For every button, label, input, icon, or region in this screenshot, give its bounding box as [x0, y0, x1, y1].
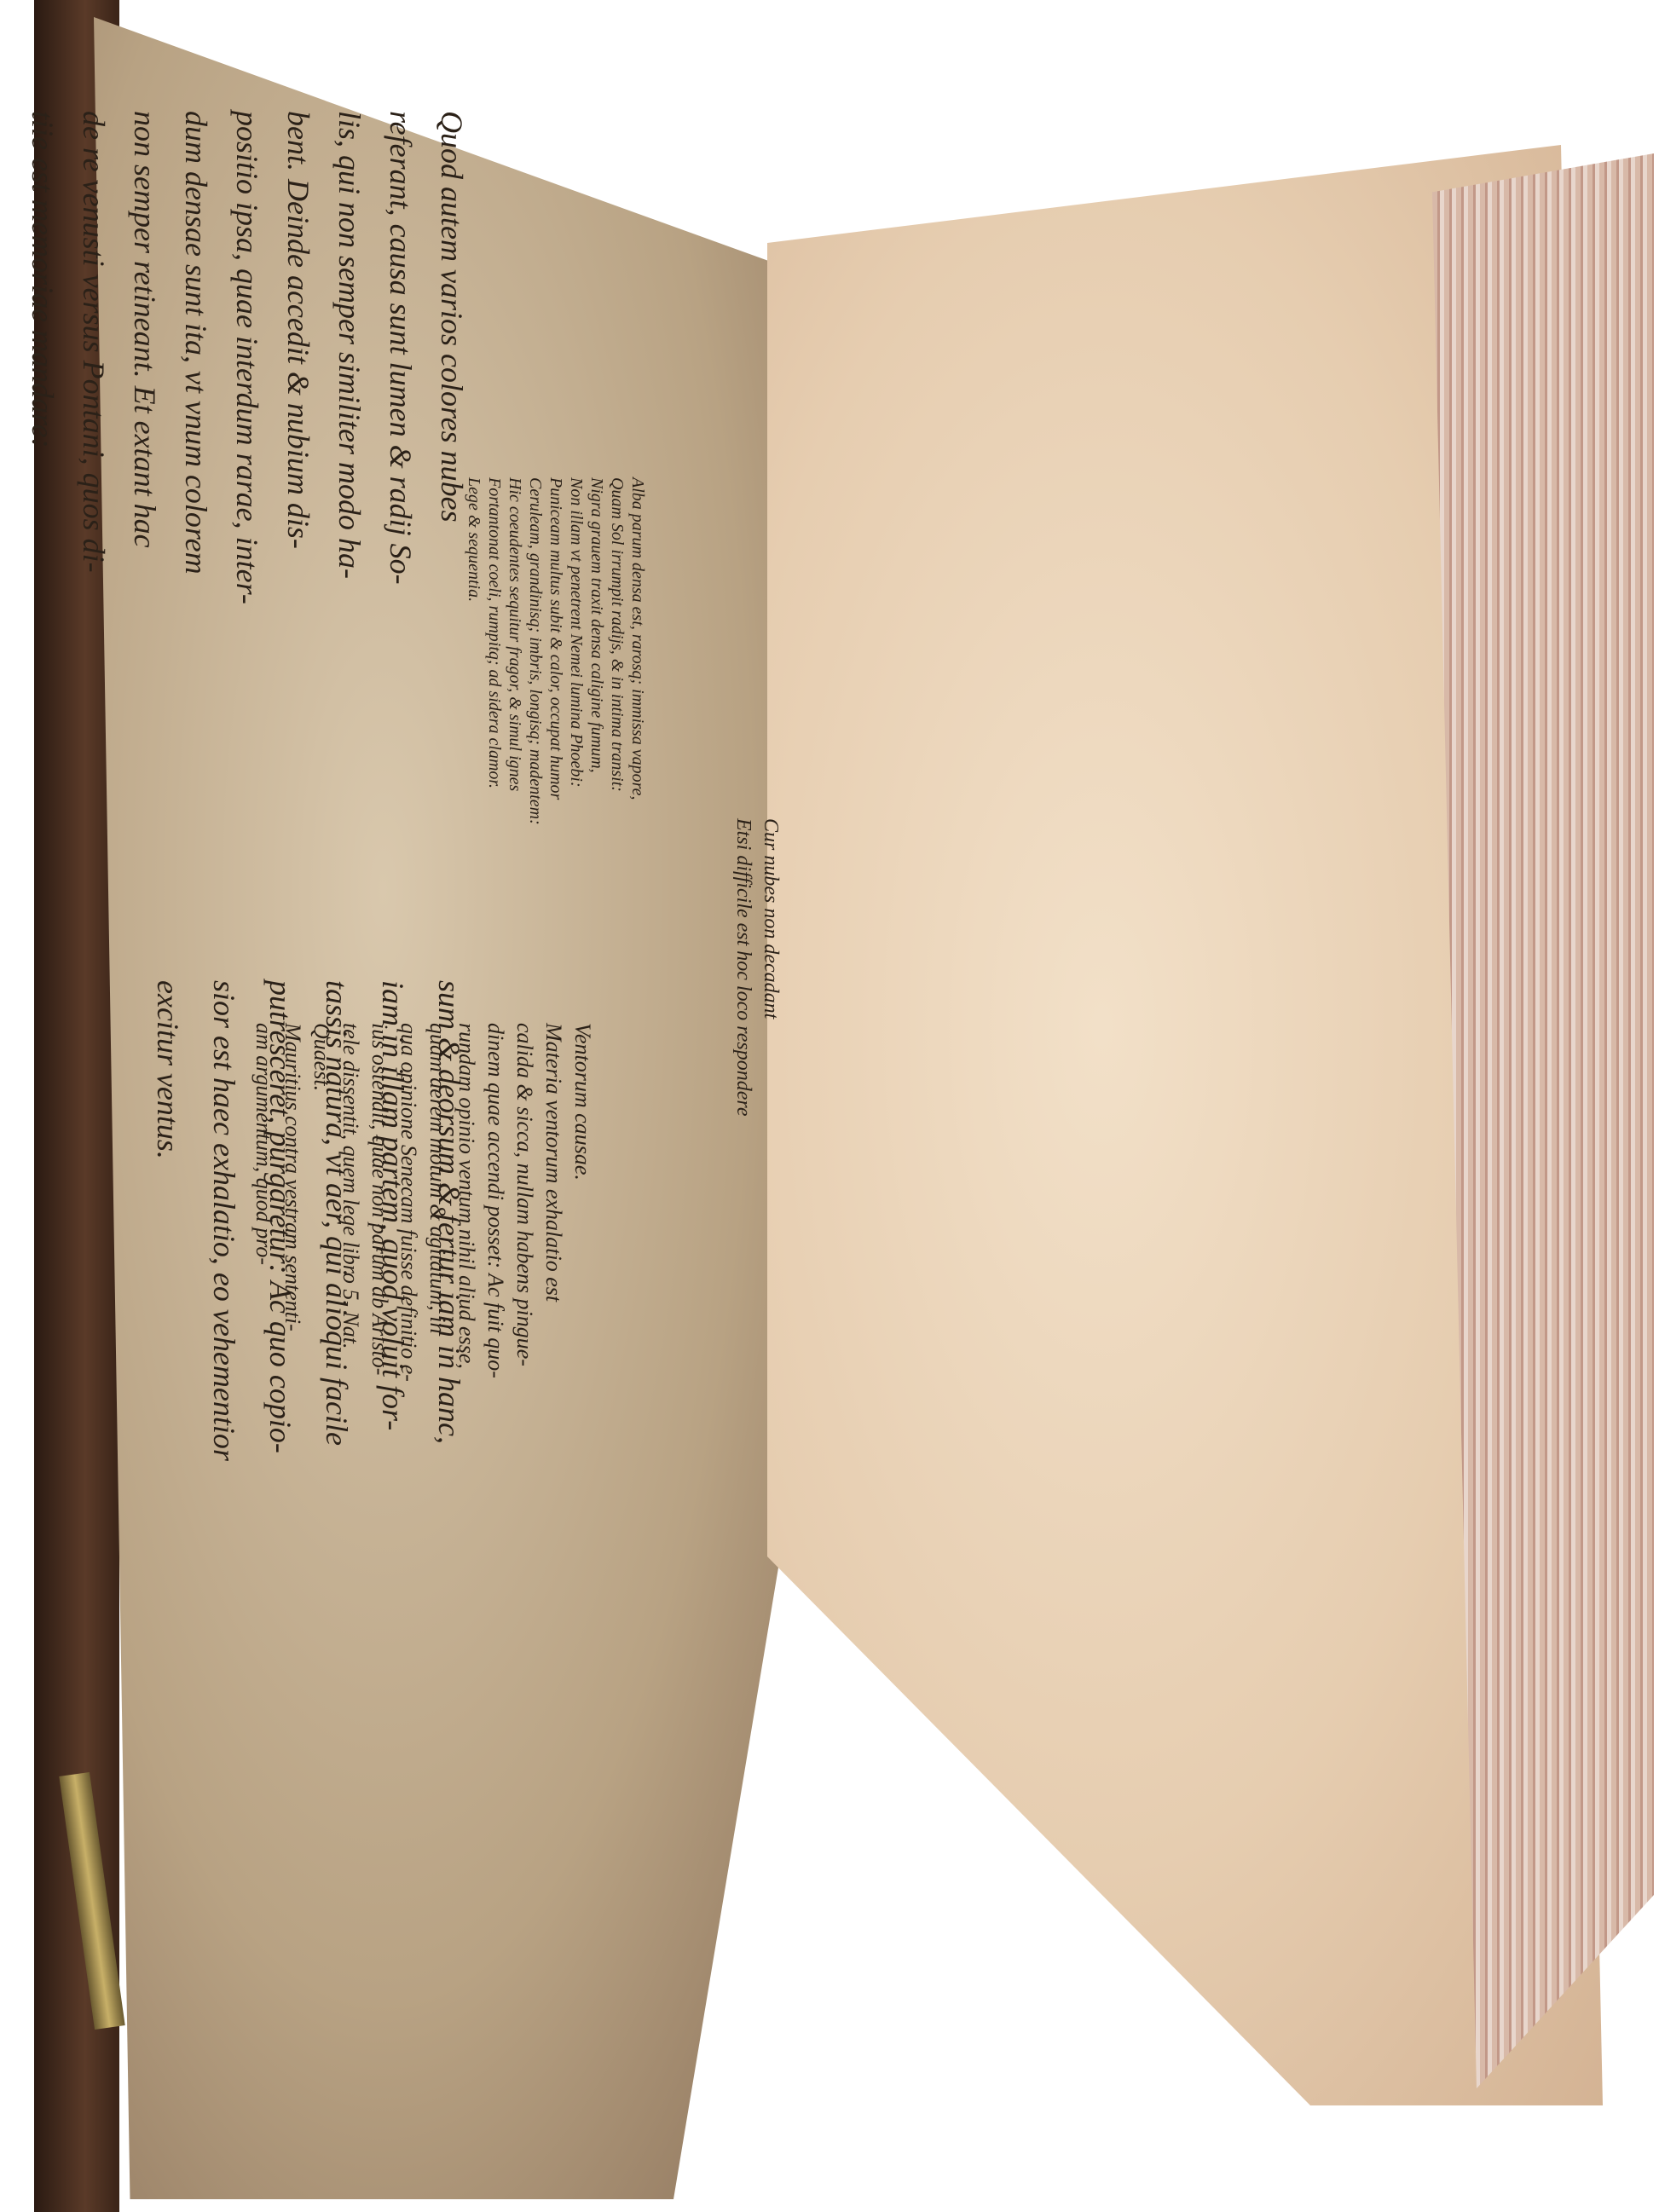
poem-line: Fortantonat coeli, rumpitq; ad sidera cl… [484, 477, 505, 825]
text-line: am argumentum, quod pro- [249, 1023, 278, 1382]
section-heading: Cur nubes non decadant [757, 818, 784, 1116]
text-line: Quaest. [307, 1023, 336, 1382]
section-heading: Ventorum causae. [568, 1023, 597, 1382]
poem-line: Puniceam multus subit & calor, occupat h… [546, 477, 566, 825]
poem-line: Non illam vt penetrent Nemei lumina Phoe… [566, 477, 587, 825]
text-line: dinem quae accendi posset: Ac fuit quo- [481, 1023, 510, 1382]
poem-line: Ceruleam, grandinisq; imbris, longisq; m… [525, 477, 546, 825]
text-line: ius ostendit, quae non parum ab Aristo- [365, 1023, 394, 1382]
open-book: Quod autem varios colores nubes referant… [0, 0, 1659, 2212]
poem-line: Alba parum densa est, rarosq; immissa va… [627, 477, 648, 825]
poem-block: Alba parum densa est, rarosq; immissa va… [464, 477, 648, 825]
text-line: bent. Deinde accedit & nubium dis- [273, 111, 324, 604]
clouds-section: Cur nubes non decadant Etsi difficile es… [730, 818, 784, 1116]
text-line: lis, qui non semper similiter modo ha- [324, 111, 375, 604]
text-line: Etsi difficile est hoc loco respondere [730, 818, 757, 1116]
text-line: Materia ventorum exhalatio est [539, 1023, 568, 1382]
poem-line: Quam Sol irrumpit radijs, & in intima tr… [607, 477, 627, 825]
text-line: Mauritius contra vestram sententi- [278, 1023, 307, 1382]
text-line: excitur ventus. [140, 980, 196, 1461]
text-line: tiie est memoriae mandare: [17, 111, 68, 604]
text-line: referant, causa sunt lumen & radij So- [375, 111, 426, 604]
text-line: qua opinione Senecam fuisse definitio e- [394, 1023, 423, 1382]
text-line: quam aerem motum & agitatum, in [423, 1023, 452, 1382]
text-line: calida & sicca, nullam habens pingue- [510, 1023, 539, 1382]
text-line: dum densae sunt ita, vt vnum colorem [171, 111, 222, 604]
text-line: rundam opinio ventum nihil aliud esse, [452, 1023, 481, 1382]
text-line: non semper retineant. Et extant hac [119, 111, 171, 604]
text-line: tele dissentit, quem lege libro 5. Nat. [336, 1023, 365, 1382]
text-line: de re venusti versus Pontani, quos di- [68, 111, 119, 604]
poem-line: Lege & sequentia. [464, 477, 484, 825]
text-line: positio ipsa, quae interdum rarae, inter… [222, 111, 273, 604]
winds-section: Ventorum causae. Materia ventorum exhala… [249, 1023, 597, 1382]
poem-line: Hic coeudentes sequitur fragor, & simul … [505, 477, 525, 825]
poem-line: Nigra grauem traxit densa caligine fumum… [587, 477, 607, 825]
text-line: sior est haec exhalatio, eo vehementior [196, 980, 252, 1461]
upper-text-block: Quod autem varios colores nubes referant… [17, 111, 477, 604]
